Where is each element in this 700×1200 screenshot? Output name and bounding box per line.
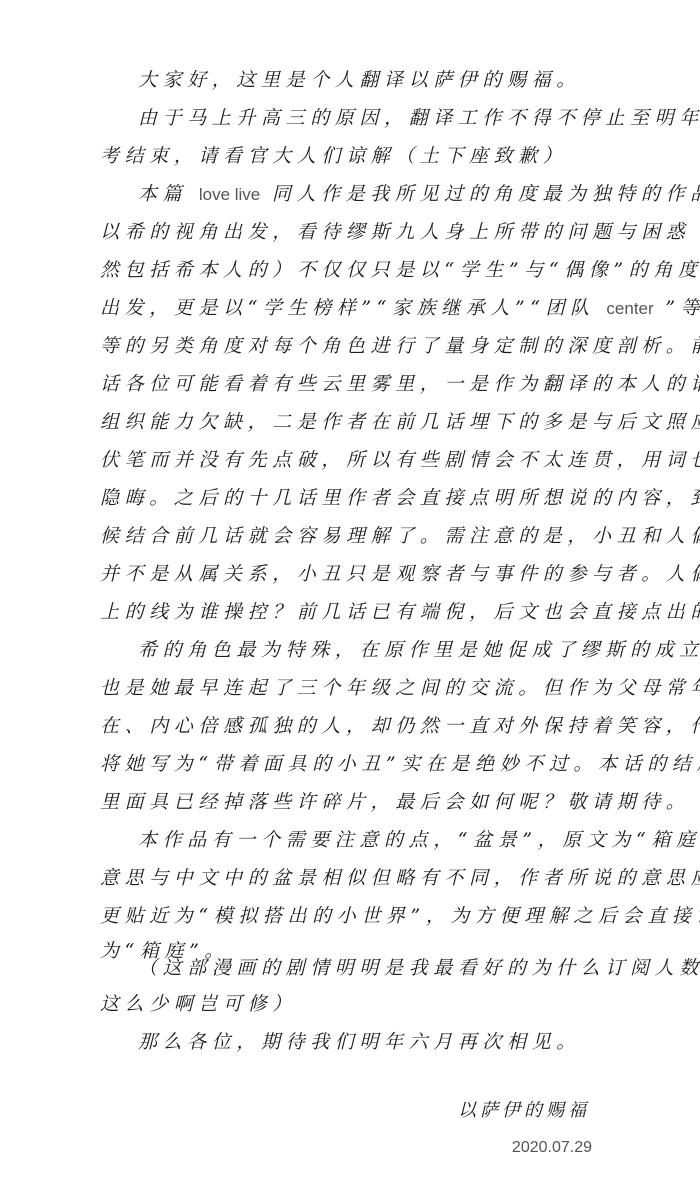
- hiatus-notice-line: 由于马上升高三的原因，翻译工作不得不停止至明年高: [138, 103, 594, 133]
- work-intro-line: 本篇 love live 同人作是我所见过的角度最为独特的作品，: [138, 179, 594, 209]
- work-intro-latin: center: [606, 299, 653, 318]
- work-intro-line: 隐晦。之后的十几话里作者会直接点明所想说的内容，到时: [100, 483, 594, 513]
- nozomi-role-line: 也是她最早连起了三个年级之间的交流。但作为父母常年不: [100, 673, 594, 703]
- farewell-line: 那么各位，期待我们明年六月再次相见。: [138, 1027, 594, 1057]
- work-intro-line: 并不是从属关系，小丑只是观察者与事件的参与者。人偶身: [100, 559, 594, 589]
- work-intro-suffix: 同人作是我所见过的角度最为独特的作品，: [272, 183, 700, 205]
- nozomi-role-line: 希的角色最为特殊，在原作里是她促成了缪斯的成立，: [138, 635, 594, 665]
- greeting-line: 大家好，这里是个人翻译以萨伊的赐福。: [138, 65, 594, 95]
- aside-line: （这部漫画的剧情明明是我最看好的为什么订阅人数: [138, 953, 594, 983]
- work-intro-suffix: ”等: [665, 297, 700, 319]
- work-intro-prefix: 出发，更是以“学生榜样”“家族继承人”“团队: [100, 297, 595, 319]
- aside-line: 这么少啊岂可修）: [100, 989, 594, 1019]
- hiatus-notice-line: 考结束，请看官大人们谅解（土下座致歉）: [100, 141, 594, 171]
- translator-signature: 以萨伊的赐福: [458, 1097, 590, 1125]
- term-note-line: 本作品有一个需要注意的点，“盆景”，原文为“箱庭”，: [138, 825, 594, 855]
- nozomi-role-line: 里面具已经掉落些许碎片，最后会如何呢？敬请期待。: [100, 787, 594, 817]
- nozomi-role-line: 在、内心倍感孤独的人，却仍然一直对外保持着笑容，作者: [100, 711, 594, 741]
- work-intro-line: 候结合前几话就会容易理解了。需注意的是，小丑和人偶们: [100, 521, 594, 551]
- work-intro-latin: love live: [199, 185, 260, 204]
- work-intro-line: 上的线为谁操控？前几话已有端倪，后文也会直接点出的。: [100, 597, 594, 627]
- work-intro-line: 以希的视角出发，看待缪斯九人身上所带的问题与困惑（当: [100, 217, 594, 247]
- nozomi-role-line: 将她写为“带着面具的小丑”实在是绝妙不过。本话的结尾: [100, 749, 594, 779]
- work-intro-line: 伏笔而并没有先点破，所以有些剧情会不太连贯，用词也很: [100, 445, 594, 475]
- work-intro-line: 组织能力欠缺，二是作者在前几话埋下的多是与后文照应的: [100, 407, 594, 437]
- work-intro-line: 然包括希本人的）不仅仅只是以“学生”与“偶像”的角度: [100, 255, 594, 285]
- work-intro-line: 等的另类角度对每个角色进行了量身定制的深度剖析。前三: [100, 331, 594, 361]
- translator-note-page: 大家好，这里是个人翻译以萨伊的赐福。 由于马上升高三的原因，翻译工作不得不停止至…: [0, 0, 700, 1200]
- publish-date: 2020.07.29: [512, 1136, 592, 1160]
- term-note-line: 更贴近为“模拟搭出的小世界”，为方便理解之后会直接译: [100, 901, 594, 931]
- work-intro-line: 话各位可能看着有些云里雾里，一是作为翻译的本人的语言: [100, 369, 594, 399]
- term-note-line: 意思与中文中的盆景相似但略有不同，作者所说的意思应是: [100, 863, 594, 893]
- work-intro-line: 出发，更是以“学生榜样”“家族继承人”“团队 center ”等: [100, 293, 594, 323]
- work-intro-prefix: 本篇: [138, 183, 187, 205]
